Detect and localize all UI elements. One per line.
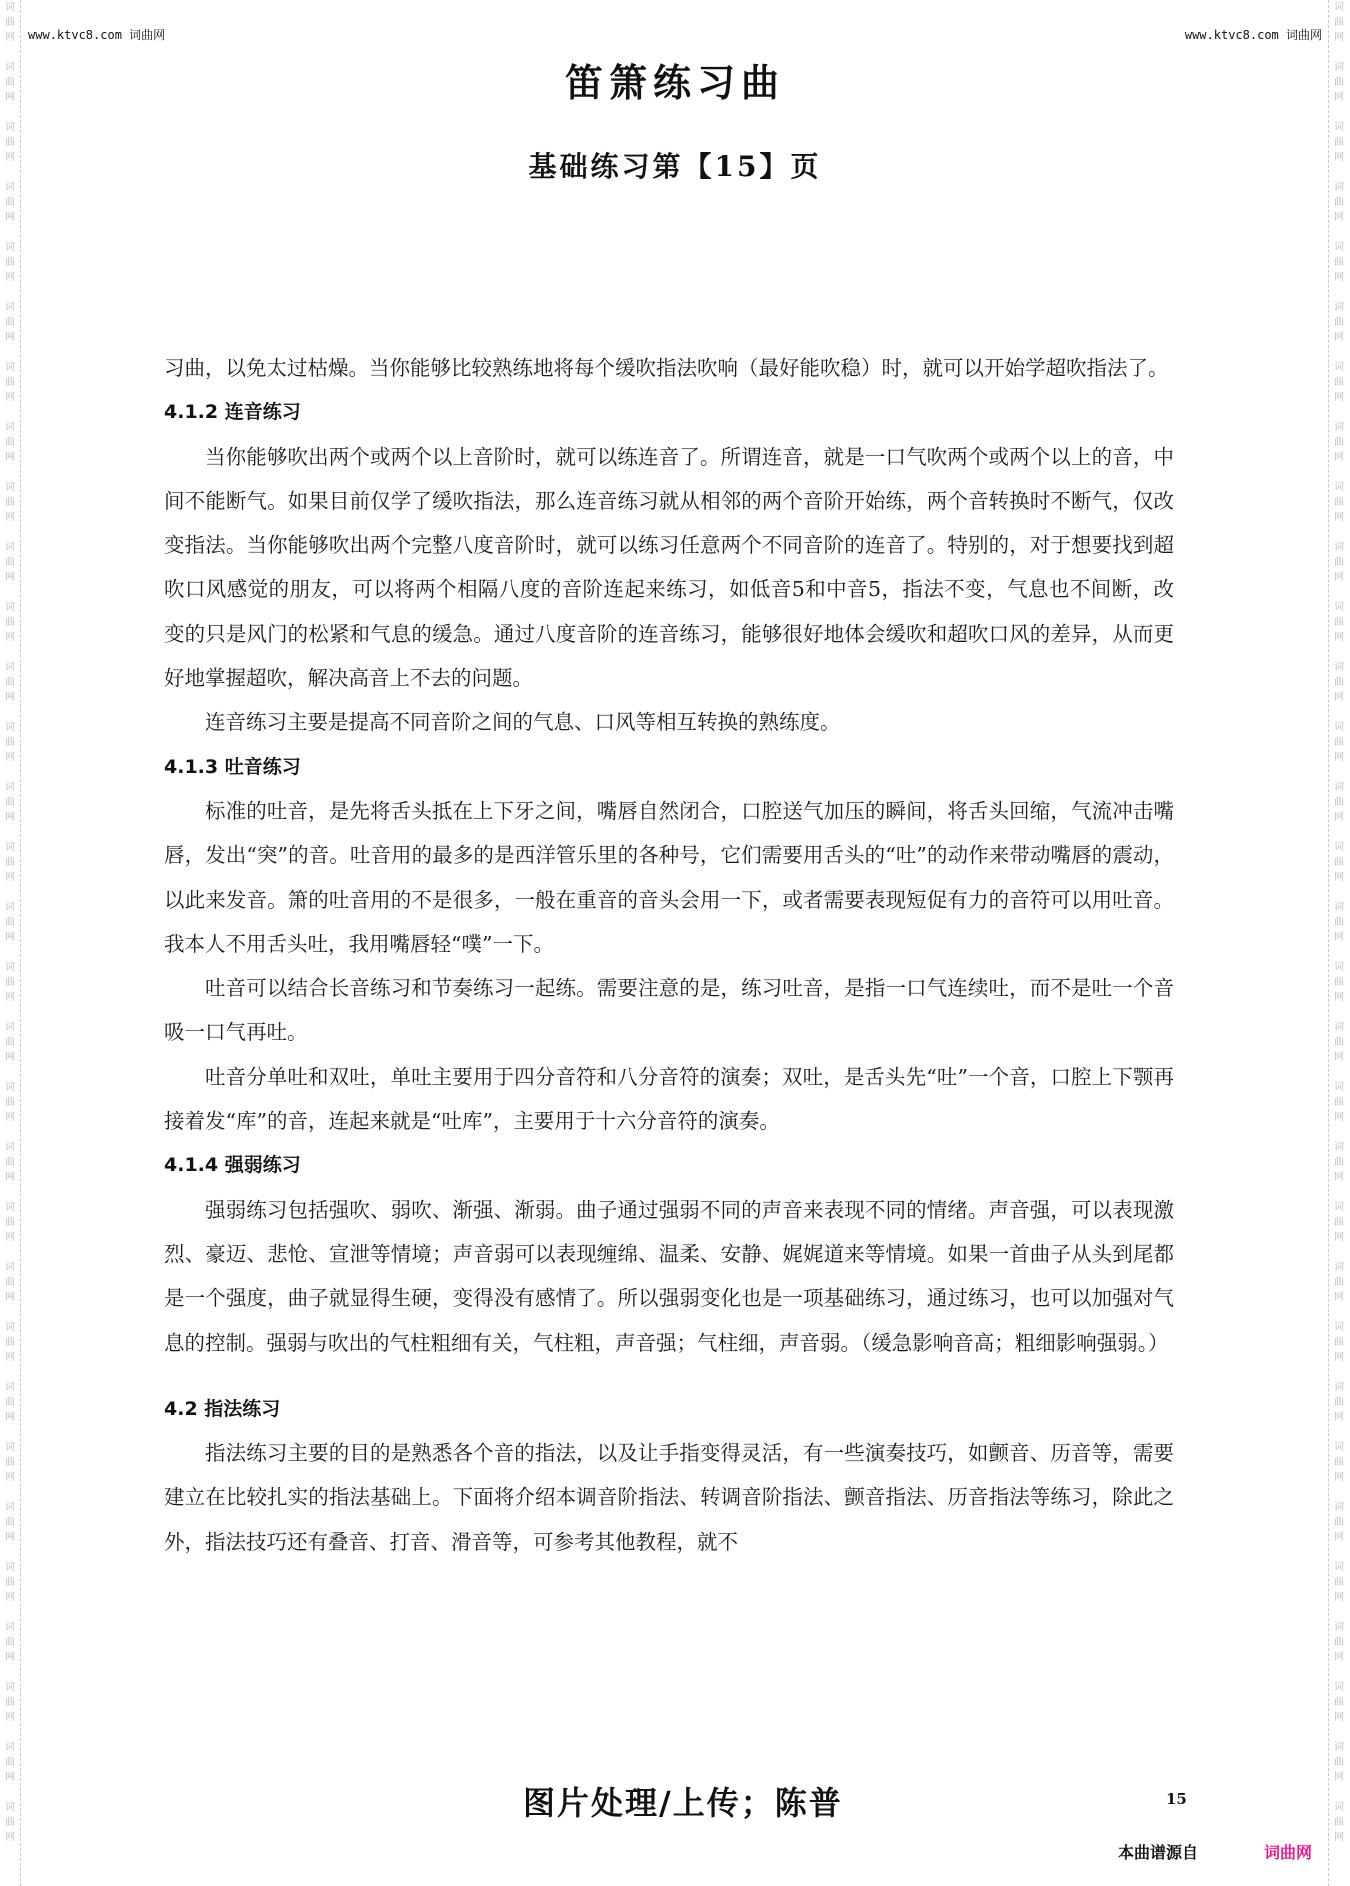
side-watermark-char: 网 bbox=[1329, 1110, 1349, 1125]
side-watermark-char: 网 bbox=[0, 1230, 20, 1245]
side-watermark-char: 网 bbox=[1329, 1530, 1349, 1545]
paragraph: 吐音分单吐和双吐，单吐主要用于四分音符和八分音符的演奏；双吐，是舌头先“吐”一个… bbox=[164, 1055, 1174, 1144]
side-watermark-char: 网 bbox=[0, 750, 20, 765]
side-watermark-char: 网 bbox=[0, 1530, 20, 1545]
side-watermark-char: 网 bbox=[0, 1410, 20, 1425]
side-watermark-char: 曲 bbox=[1329, 1635, 1349, 1650]
paragraph: 连音练习主要是提高不同音阶之间的气息、口风等相互转换的熟练度。 bbox=[164, 700, 1174, 744]
side-watermark-char: 网 bbox=[1329, 1590, 1349, 1605]
side-watermark-char: 曲 bbox=[1329, 975, 1349, 990]
section-heading-fingering: 4.2 指法练习 bbox=[164, 1387, 1174, 1431]
side-watermark-char: 曲 bbox=[1329, 1815, 1349, 1830]
side-watermark-char: 词 bbox=[1329, 840, 1349, 855]
source-label: 本曲谱源自 bbox=[1118, 1840, 1198, 1863]
side-watermark-char: 曲 bbox=[0, 795, 20, 810]
side-watermark-char: 网 bbox=[1329, 270, 1349, 285]
side-watermark-char: 曲 bbox=[0, 1755, 20, 1770]
side-watermark-char: 网 bbox=[1329, 1710, 1349, 1725]
side-watermark-char: 词 bbox=[0, 1380, 20, 1395]
side-watermark-char: 词 bbox=[1329, 1380, 1349, 1395]
side-watermark-char: 网 bbox=[1329, 1230, 1349, 1245]
side-watermark-char: 曲 bbox=[0, 1275, 20, 1290]
side-watermark-char: 网 bbox=[0, 270, 20, 285]
side-watermark-char: 曲 bbox=[0, 1635, 20, 1650]
side-watermark-char: 曲 bbox=[1329, 615, 1349, 630]
side-watermark-char: 曲 bbox=[0, 255, 20, 270]
side-watermark-char: 曲 bbox=[0, 1575, 20, 1590]
side-watermark-char: 词 bbox=[0, 540, 20, 555]
side-watermark-char: 词 bbox=[0, 0, 20, 15]
side-watermark-char: 曲 bbox=[1329, 315, 1349, 330]
side-watermark-char: 词 bbox=[1329, 1080, 1349, 1095]
side-watermark-char: 网 bbox=[1329, 1770, 1349, 1785]
footer-credit: 图片处理/上传；陈普 bbox=[523, 1778, 843, 1824]
side-watermark-char: 网 bbox=[0, 1770, 20, 1785]
page-title: 笛箫练习曲 bbox=[0, 52, 1350, 107]
side-watermark-char: 网 bbox=[1329, 1650, 1349, 1665]
side-watermark-char: 网 bbox=[1329, 690, 1349, 705]
side-watermark-char: 曲 bbox=[0, 855, 20, 870]
side-watermark-char: 曲 bbox=[1329, 555, 1349, 570]
side-watermark-char: 词 bbox=[1329, 1260, 1349, 1275]
side-watermark-char: 曲 bbox=[0, 915, 20, 930]
side-watermark-char: 曲 bbox=[0, 1515, 20, 1530]
side-watermark-char: 网 bbox=[1329, 30, 1349, 45]
side-watermark-char: 词 bbox=[1329, 480, 1349, 495]
side-watermark-char: 曲 bbox=[1329, 1035, 1349, 1050]
side-watermark-char: 网 bbox=[0, 1350, 20, 1365]
paragraph: 指法练习主要的目的是熟悉各个音的指法，以及让手指变得灵活，有一些演奏技巧，如颤音… bbox=[164, 1431, 1174, 1564]
side-watermark-char: 曲 bbox=[1329, 1395, 1349, 1410]
side-watermark-char: 曲 bbox=[1329, 15, 1349, 30]
paragraph: 当你能够吹出两个或两个以上音阶时，就可以练连音了。所谓连音，就是一口气吹两个或两… bbox=[164, 435, 1174, 701]
side-watermark-char: 网 bbox=[1329, 990, 1349, 1005]
side-watermark-char: 曲 bbox=[1329, 1095, 1349, 1110]
side-watermark-char: 网 bbox=[0, 570, 20, 585]
side-watermark-char: 词 bbox=[0, 240, 20, 255]
side-watermark-char: 词 bbox=[1329, 1560, 1349, 1575]
section-heading-dynamics: 4.1.4 强弱练习 bbox=[164, 1143, 1174, 1187]
side-watermark-char: 曲 bbox=[1329, 1695, 1349, 1710]
side-watermark-char: 曲 bbox=[1329, 1155, 1349, 1170]
section-heading-legato: 4.1.2 连音练习 bbox=[164, 390, 1174, 434]
side-watermark-char: 网 bbox=[1329, 1050, 1349, 1065]
side-watermark-char: 词 bbox=[1329, 1200, 1349, 1215]
side-watermark-char: 词 bbox=[1329, 900, 1349, 915]
side-watermark-char: 词 bbox=[1329, 540, 1349, 555]
side-watermark-char: 网 bbox=[0, 930, 20, 945]
side-watermark-char: 曲 bbox=[0, 435, 20, 450]
side-watermark-char: 曲 bbox=[0, 195, 20, 210]
paragraph: 强弱练习包括强吹、弱吹、渐强、渐弱。曲子通过强弱不同的声音来表现不同的情绪。声音… bbox=[164, 1188, 1174, 1365]
side-watermark-char: 曲 bbox=[1329, 1215, 1349, 1230]
side-watermark-char: 词 bbox=[0, 780, 20, 795]
side-watermark-char: 曲 bbox=[0, 555, 20, 570]
side-watermark-char: 曲 bbox=[1329, 675, 1349, 690]
side-watermark-char: 曲 bbox=[0, 975, 20, 990]
document-body: 习曲，以免太过枯燥。当你能够比较熟练地将每个缓吹指法吹响（最好能吹稳）时，就可以… bbox=[164, 346, 1174, 1564]
side-watermark-char: 曲 bbox=[1329, 915, 1349, 930]
section-spacer bbox=[164, 1365, 1174, 1387]
side-watermark-char: 曲 bbox=[0, 1695, 20, 1710]
side-watermark-char: 词 bbox=[0, 360, 20, 375]
side-watermark-char: 词 bbox=[0, 960, 20, 975]
side-watermark-char: 词 bbox=[1329, 780, 1349, 795]
side-watermark-char: 词 bbox=[1329, 1440, 1349, 1455]
side-watermark-char: 词 bbox=[1329, 720, 1349, 735]
side-watermark-char: 曲 bbox=[1329, 1275, 1349, 1290]
side-watermark-char: 曲 bbox=[0, 1455, 20, 1470]
side-watermark-char: 网 bbox=[1329, 1830, 1349, 1845]
side-watermark-char: 词 bbox=[0, 1140, 20, 1155]
right-watermark-strip: 词曲网词曲网词曲网词曲网词曲网词曲网词曲网词曲网词曲网词曲网词曲网词曲网词曲网词… bbox=[1328, 0, 1350, 1886]
side-watermark-char: 网 bbox=[1329, 1290, 1349, 1305]
page-subtitle: 基础练习第【15】页 bbox=[0, 145, 1350, 185]
side-watermark-char: 词 bbox=[1329, 1740, 1349, 1755]
side-watermark-char: 词 bbox=[1329, 1800, 1349, 1815]
side-watermark-char: 网 bbox=[1329, 1170, 1349, 1185]
side-watermark-char: 网 bbox=[1329, 390, 1349, 405]
section-heading-tonguing: 4.1.3 吐音练习 bbox=[164, 745, 1174, 789]
side-watermark-char: 曲 bbox=[1329, 375, 1349, 390]
side-watermark-char: 曲 bbox=[1329, 1335, 1349, 1350]
side-watermark-char: 网 bbox=[1329, 750, 1349, 765]
side-watermark-char: 网 bbox=[1329, 930, 1349, 945]
side-watermark-char: 词 bbox=[1329, 1020, 1349, 1035]
side-watermark-char: 网 bbox=[0, 1710, 20, 1725]
header-site-watermark-right: www.ktvc8.com 词曲网 bbox=[1185, 26, 1322, 43]
side-watermark-char: 网 bbox=[0, 1110, 20, 1125]
side-watermark-char: 词 bbox=[1329, 1620, 1349, 1635]
side-watermark-char: 曲 bbox=[1329, 1575, 1349, 1590]
side-watermark-char: 词 bbox=[1329, 120, 1349, 135]
side-watermark-char: 词 bbox=[1329, 420, 1349, 435]
intro-paragraph: 习曲，以免太过枯燥。当你能够比较熟练地将每个缓吹指法吹响（最好能吹稳）时，就可以… bbox=[164, 346, 1174, 390]
side-watermark-char: 网 bbox=[1329, 630, 1349, 645]
side-watermark-char: 词 bbox=[0, 1740, 20, 1755]
side-watermark-char: 词 bbox=[0, 720, 20, 735]
side-watermark-char: 曲 bbox=[1329, 495, 1349, 510]
side-watermark-char: 词 bbox=[0, 600, 20, 615]
page-number: 15 bbox=[1166, 1790, 1187, 1808]
side-watermark-char: 曲 bbox=[1329, 435, 1349, 450]
side-watermark-char: 曲 bbox=[0, 315, 20, 330]
source-site-link[interactable]: 词曲网 bbox=[1264, 1840, 1312, 1863]
side-watermark-char: 曲 bbox=[0, 675, 20, 690]
left-watermark-strip: 词曲网词曲网词曲网词曲网词曲网词曲网词曲网词曲网词曲网词曲网词曲网词曲网词曲网词… bbox=[0, 0, 21, 1886]
side-watermark-char: 曲 bbox=[0, 1035, 20, 1050]
side-watermark-char: 网 bbox=[0, 1050, 20, 1065]
side-watermark-char: 词 bbox=[1329, 960, 1349, 975]
side-watermark-char: 词 bbox=[0, 1800, 20, 1815]
side-watermark-char: 词 bbox=[1329, 1140, 1349, 1155]
side-watermark-char: 曲 bbox=[0, 1335, 20, 1350]
side-watermark-char: 网 bbox=[0, 1590, 20, 1605]
side-watermark-char: 词 bbox=[1329, 1320, 1349, 1335]
side-watermark-char: 曲 bbox=[1329, 255, 1349, 270]
side-watermark-char: 网 bbox=[0, 330, 20, 345]
side-watermark-char: 曲 bbox=[1329, 195, 1349, 210]
side-watermark-char: 网 bbox=[0, 1650, 20, 1665]
side-watermark-char: 词 bbox=[0, 480, 20, 495]
side-watermark-char: 网 bbox=[1329, 870, 1349, 885]
side-watermark-char: 网 bbox=[0, 1170, 20, 1185]
side-watermark-char: 网 bbox=[1329, 1350, 1349, 1365]
paragraph: 标准的吐音，是先将舌头抵在上下牙之间，嘴唇自然闭合，口腔送气加压的瞬间，将舌头回… bbox=[164, 789, 1174, 966]
side-watermark-char: 曲 bbox=[0, 495, 20, 510]
side-watermark-char: 词 bbox=[0, 1560, 20, 1575]
side-watermark-char: 词 bbox=[1329, 240, 1349, 255]
side-watermark-char: 词 bbox=[0, 900, 20, 915]
side-watermark-char: 词 bbox=[1329, 1680, 1349, 1695]
side-watermark-char: 曲 bbox=[0, 1815, 20, 1830]
side-watermark-char: 词 bbox=[0, 1260, 20, 1275]
side-watermark-char: 曲 bbox=[1329, 1455, 1349, 1470]
side-watermark-char: 网 bbox=[0, 1290, 20, 1305]
side-watermark-char: 词 bbox=[1329, 600, 1349, 615]
side-watermark-char: 曲 bbox=[1329, 795, 1349, 810]
side-watermark-char: 词 bbox=[0, 420, 20, 435]
side-watermark-char: 网 bbox=[1329, 570, 1349, 585]
side-watermark-char: 网 bbox=[1329, 1410, 1349, 1425]
side-watermark-char: 词 bbox=[0, 1680, 20, 1695]
side-watermark-char: 曲 bbox=[0, 1215, 20, 1230]
side-watermark-char: 词 bbox=[0, 840, 20, 855]
side-watermark-char: 词 bbox=[0, 1440, 20, 1455]
side-watermark-char: 网 bbox=[0, 990, 20, 1005]
paragraph: 吐音可以结合长音练习和节奏练习一起练。需要注意的是，练习吐音，是指一口气连续吐，… bbox=[164, 966, 1174, 1055]
side-watermark-char: 曲 bbox=[0, 375, 20, 390]
side-watermark-char: 曲 bbox=[1329, 855, 1349, 870]
side-watermark-char: 词 bbox=[0, 300, 20, 315]
side-watermark-char: 网 bbox=[0, 630, 20, 645]
side-watermark-char: 网 bbox=[0, 510, 20, 525]
side-watermark-char: 网 bbox=[0, 870, 20, 885]
side-watermark-char: 网 bbox=[0, 390, 20, 405]
side-watermark-char: 网 bbox=[1329, 1470, 1349, 1485]
side-watermark-char: 词 bbox=[1329, 300, 1349, 315]
side-watermark-char: 词 bbox=[0, 1020, 20, 1035]
side-watermark-char: 曲 bbox=[1329, 735, 1349, 750]
side-watermark-char: 词 bbox=[1329, 360, 1349, 375]
side-watermark-char: 词 bbox=[0, 1080, 20, 1095]
side-watermark-char: 网 bbox=[0, 810, 20, 825]
side-watermark-char: 网 bbox=[0, 1470, 20, 1485]
side-watermark-char: 词 bbox=[0, 1200, 20, 1215]
side-watermark-char: 网 bbox=[0, 210, 20, 225]
side-watermark-char: 网 bbox=[0, 450, 20, 465]
side-watermark-char: 词 bbox=[0, 120, 20, 135]
side-watermark-char: 曲 bbox=[0, 1395, 20, 1410]
side-watermark-char: 曲 bbox=[1329, 1755, 1349, 1770]
side-watermark-char: 词 bbox=[1329, 0, 1349, 15]
side-watermark-char: 词 bbox=[1329, 660, 1349, 675]
side-watermark-char: 网 bbox=[1329, 510, 1349, 525]
side-watermark-char: 曲 bbox=[1329, 1515, 1349, 1530]
side-watermark-char: 网 bbox=[1329, 210, 1349, 225]
side-watermark-char: 曲 bbox=[0, 615, 20, 630]
side-watermark-char: 网 bbox=[1329, 810, 1349, 825]
side-watermark-char: 曲 bbox=[0, 1155, 20, 1170]
side-watermark-char: 网 bbox=[1329, 450, 1349, 465]
side-watermark-char: 网 bbox=[0, 690, 20, 705]
side-watermark-char: 词 bbox=[1329, 1500, 1349, 1515]
side-watermark-char: 词 bbox=[0, 1500, 20, 1515]
side-watermark-char: 词 bbox=[0, 1620, 20, 1635]
side-watermark-char: 网 bbox=[1329, 330, 1349, 345]
side-watermark-char: 词 bbox=[0, 1320, 20, 1335]
side-watermark-char: 曲 bbox=[0, 735, 20, 750]
side-watermark-char: 网 bbox=[0, 1830, 20, 1845]
side-watermark-char: 网 bbox=[0, 30, 20, 45]
side-watermark-char: 曲 bbox=[0, 15, 20, 30]
header-site-watermark-left: www.ktvc8.com 词曲网 bbox=[28, 26, 165, 43]
side-watermark-char: 词 bbox=[0, 660, 20, 675]
side-watermark-char: 曲 bbox=[0, 1095, 20, 1110]
